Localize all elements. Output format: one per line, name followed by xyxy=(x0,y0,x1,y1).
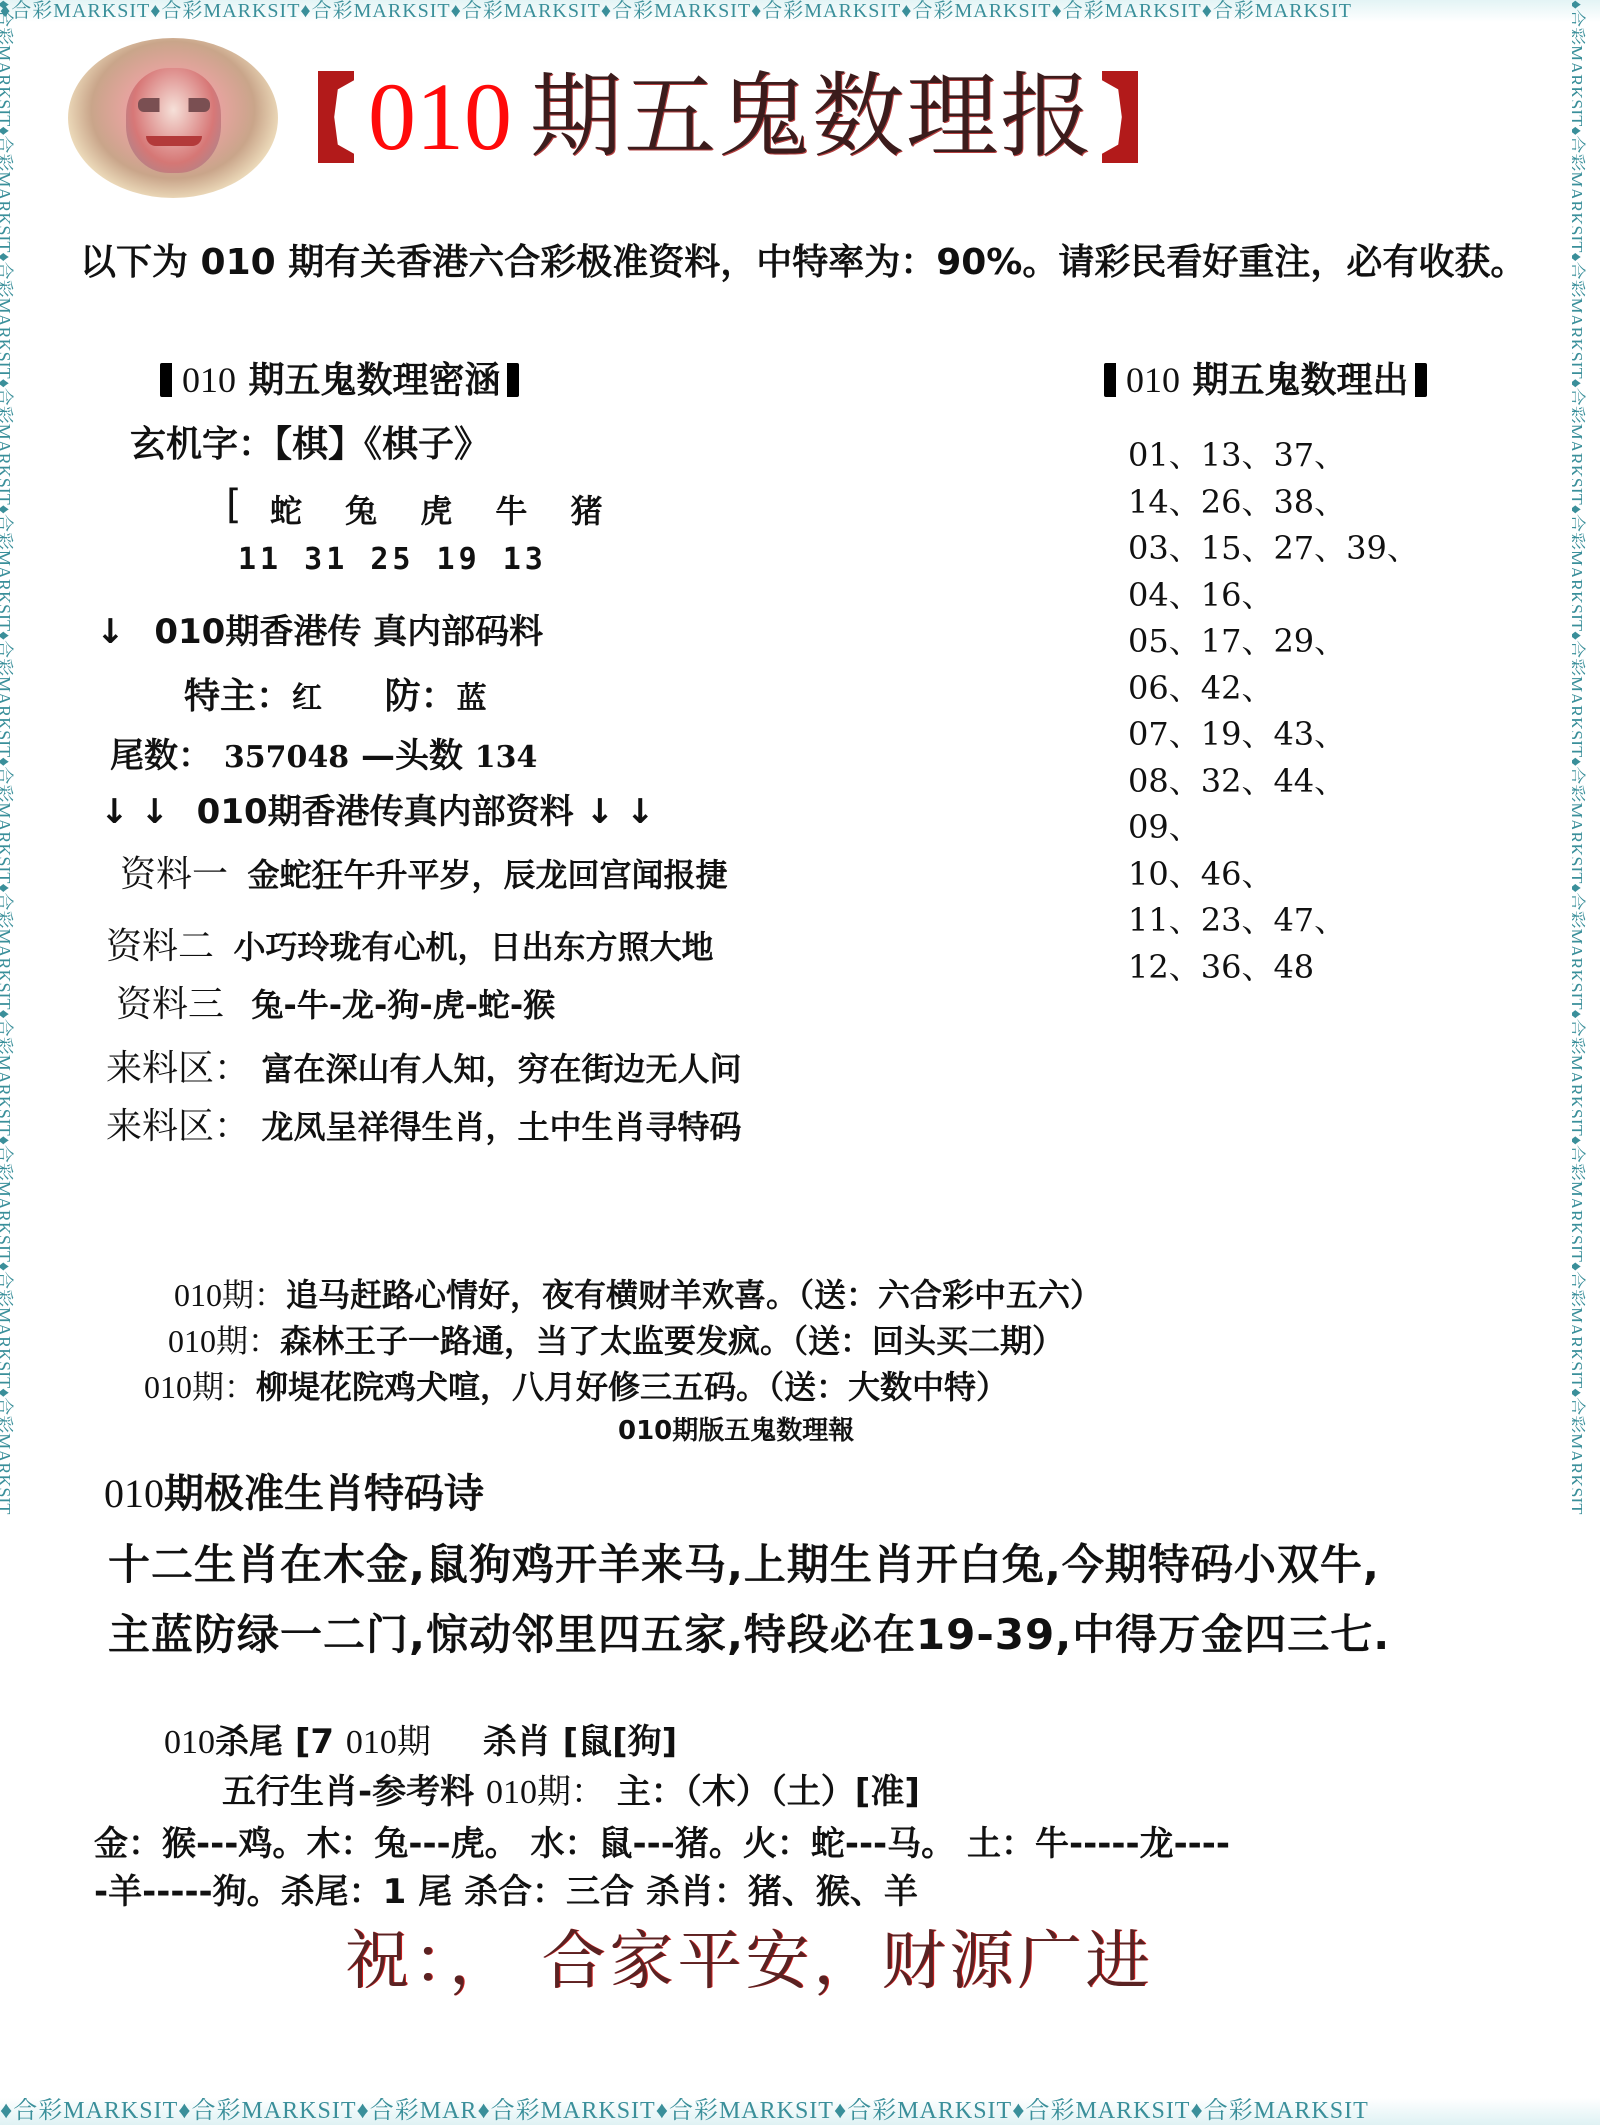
xuanji-value: 【棋】《棋子》 xyxy=(274,424,490,465)
data-item-text: 富在深山有人知，穷在街边无人问 xyxy=(261,1050,741,1088)
right-section-title: 010 期五鬼数理出 xyxy=(1104,352,1427,403)
watermark-border-bottom: ♦合彩MARKSIT♦合彩MARKSIT♦合彩MAR♦合彩MARKSIT♦合彩M… xyxy=(0,2098,1600,2125)
inner-code-title-text: 010期香港传 真内部码料 xyxy=(154,612,543,652)
wuxing-main: 主：（木）（土）[准] xyxy=(617,1772,920,1812)
data-item-text: 金蛇狂午升平岁，辰龙回宫闻报捷 xyxy=(247,856,727,894)
right-bracket-icon xyxy=(507,363,519,397)
weishu-label: 尾数： xyxy=(110,736,212,776)
xuanji-label: 玄机字： xyxy=(130,424,274,465)
weishu-value: 357048 xyxy=(224,740,349,775)
section-title-text: 期五鬼数理密涵 xyxy=(249,360,501,401)
page-title: 010 期五鬼数理报 xyxy=(318,62,1138,172)
te-zhu-label: 特主： xyxy=(184,676,292,717)
blessing-text: 祝：， 合家平安，财源广进 xyxy=(345,1910,1153,2002)
riddles-caption: 010期版五鬼数理報 xyxy=(618,1410,854,1447)
portrait-mouth xyxy=(146,136,202,146)
kill-issue-2: 010期 xyxy=(346,1724,431,1761)
portrait-eyes xyxy=(138,98,210,112)
left-bracket-icon xyxy=(160,363,172,397)
kill-tail-label: 杀尾 xyxy=(215,1722,283,1762)
left-bracket-icon xyxy=(318,71,354,163)
number-row: 10、46、 xyxy=(1128,851,1419,898)
watermark-border-top: ♦合彩MARKSIT♦合彩MARKSIT♦合彩MARKSIT♦合彩MARKSIT… xyxy=(0,0,1600,22)
number-list: 01、13、37、 14、26、38、 03、15、27、39、 04、16、 … xyxy=(1128,432,1419,990)
number-row: 04、16、 xyxy=(1128,572,1419,619)
data-item-text: 龙凤呈祥得生肖，土中生肖寻特码 xyxy=(261,1108,741,1146)
poem-title-text: 期极准生肖特码诗 xyxy=(164,1471,484,1517)
data-item: 资料三 兔-牛-龙-狗-虎-蛇-猴 xyxy=(116,976,555,1027)
data-item-text: 兔-牛-龙-狗-虎-蛇-猴 xyxy=(251,986,555,1024)
down-arrows-icon: ↓ ↓ xyxy=(586,792,655,832)
xuanji-line: 玄机字：【棋】《棋子》 xyxy=(130,416,490,467)
number-row: 08、32、44、 xyxy=(1128,758,1419,805)
te-zhu-line: 特主：红 防：蓝 xyxy=(184,668,487,719)
data-item-text: 小巧玲珑有心机，日出东方照大地 xyxy=(233,928,713,966)
left-section-title: 010 期五鬼数理密涵 xyxy=(160,352,519,403)
portrait-face xyxy=(126,68,221,173)
poem-line-2: 主蓝防绿一二门,惊动邻里四五家,特段必在19-39,中得万金四三七. xyxy=(108,1602,1390,1662)
te-zhu-value: 红 xyxy=(292,681,322,716)
data-item-label: 资料三 xyxy=(116,984,224,1025)
section-title-text: 期五鬼数理出 xyxy=(1193,360,1409,401)
number-row: 12、36、48 xyxy=(1128,944,1419,991)
watermark-border-right: ♦合彩MARKSIT♦合彩MARKSIT♦合彩MARKSIT♦合彩MARKSIT… xyxy=(1572,0,1600,2125)
number-row: 06、42、 xyxy=(1128,665,1419,712)
number-row: 07、19、43、 xyxy=(1128,711,1419,758)
section-issue: 010 xyxy=(182,360,236,400)
watermark-border-left: ♦合彩MARKSIT♦合彩MARKSIT♦合彩MARKSIT♦合彩MARKSIT… xyxy=(0,0,20,2125)
riddle-issue: 010期： xyxy=(144,1369,256,1405)
inner-data-title: ↓ ↓ 010期香港传真内部资料 ↓ ↓ xyxy=(100,784,654,833)
data-item-label: 来料区： xyxy=(106,1106,250,1147)
inner-code-title: ↓ 010期香港传 真内部码料 xyxy=(96,604,543,653)
wuxing-issue: 010期： xyxy=(486,1774,605,1811)
data-item-label: 资料一 xyxy=(120,854,228,895)
wuxing-line-2: -羊-----狗。杀尾：1 尾 杀合：三合 杀肖：猪、猴、羊 xyxy=(94,1864,918,1913)
fang-label: 防： xyxy=(385,676,457,717)
kill-tail-value: [7 xyxy=(295,1722,334,1762)
riddle-line: 010期：森林王子一路通，当了太监要发疯。（送：回头买二期） xyxy=(168,1316,1064,1362)
right-bracket-icon xyxy=(1415,363,1427,397)
data-item: 资料一 金蛇狂午升平岁，辰龙回宫闻报捷 xyxy=(120,846,727,897)
riddle-text: 追马赶路心情好，夜有横财羊欢喜。（送：六合彩中五六） xyxy=(286,1276,1102,1314)
title-text: 期五鬼数理报 xyxy=(530,71,1094,163)
poem-line-1: 十二生肖在木金,鼠狗鸡开羊来马,上期生肖开白兔,今期特码小双牛, xyxy=(108,1532,1380,1592)
poem-issue: 010 xyxy=(104,1471,164,1516)
data-item: 资料二 小巧玲珑有心机，日出东方照大地 xyxy=(106,918,713,969)
riddle-text: 森林王子一路通，当了太监要发疯。（送：回头买二期） xyxy=(280,1322,1064,1360)
title-issue-number: 010 xyxy=(368,69,512,165)
number-row: 03、15、27、39、 xyxy=(1128,525,1419,572)
kill-issue: 010 xyxy=(164,1724,215,1761)
riddle-text: 柳堤花院鸡犬喧，八月好修三五码。（送：大数中特） xyxy=(256,1368,1008,1406)
riddle-issue: 010期： xyxy=(168,1323,280,1359)
section-issue: 010 xyxy=(1126,360,1180,400)
avatar-portrait xyxy=(68,38,278,198)
number-row: 05、17、29、 xyxy=(1128,618,1419,665)
fang-value: 蓝 xyxy=(457,681,487,716)
data-item: 来料区： 富在深山有人知，穷在街边无人问 xyxy=(106,1040,741,1091)
zodiac-numbers: 11 31 25 19 13 xyxy=(238,542,547,577)
kill-zodiac-label: 杀肖 xyxy=(483,1722,551,1762)
number-row: 09、 xyxy=(1128,804,1419,851)
riddle-line: 010期：追马赶路心情好，夜有横财羊欢喜。（送：六合彩中五六） xyxy=(174,1270,1102,1316)
down-arrows-icon: ↓ ↓ xyxy=(100,792,169,832)
inner-data-title-text: 010期香港传真内部资料 xyxy=(197,792,574,832)
number-row: 01、13、37、 xyxy=(1128,432,1419,479)
data-item: 来料区： 龙凤呈祥得生肖，土中生肖寻特码 xyxy=(106,1098,741,1149)
kill-zodiac-value: [鼠[狗] xyxy=(563,1722,678,1762)
wuxing-line-1: 金：猴---鸡。木：兔---虎。 水：鼠---猪。火：蛇---马。 土：牛---… xyxy=(94,1816,1230,1865)
toushu-value: 134 xyxy=(475,740,538,775)
down-arrow-icon: ↓ xyxy=(96,612,125,652)
riddle-line: 010期：柳堤花院鸡犬喧，八月好修三五码。（送：大数中特） xyxy=(144,1362,1008,1408)
zodiac-bracket: [ xyxy=(226,482,242,528)
riddle-issue: 010期： xyxy=(174,1277,286,1313)
zodiac-list: 蛇 兔 虎 牛 猪 xyxy=(270,486,619,532)
number-row: 14、26、38、 xyxy=(1128,479,1419,526)
kill-line-2: 五行生肖-参考料 010期： 主：（木）（土）[准] xyxy=(222,1764,920,1813)
number-row: 11、23、47、 xyxy=(1128,897,1419,944)
data-item-label: 来料区： xyxy=(106,1048,250,1089)
left-bracket-icon xyxy=(1104,363,1116,397)
kill-line-1: 010杀尾 [7 010期 杀肖 [鼠[狗] xyxy=(164,1714,677,1763)
toushu-label: —头数 xyxy=(361,736,463,776)
data-item-label: 资料二 xyxy=(106,926,214,967)
poem-title: 010期极准生肖特码诗 xyxy=(104,1462,484,1519)
weishu-line: 尾数： 357048 —头数 134 xyxy=(110,728,537,777)
wuxing-reference-label: 五行生肖-参考料 xyxy=(222,1772,474,1812)
intro-paragraph: 以下为 010 期有关香港六合彩极准资料，中特率为：90%。请彩民看好重注，必有… xyxy=(80,236,1550,290)
right-bracket-icon xyxy=(1102,71,1138,163)
